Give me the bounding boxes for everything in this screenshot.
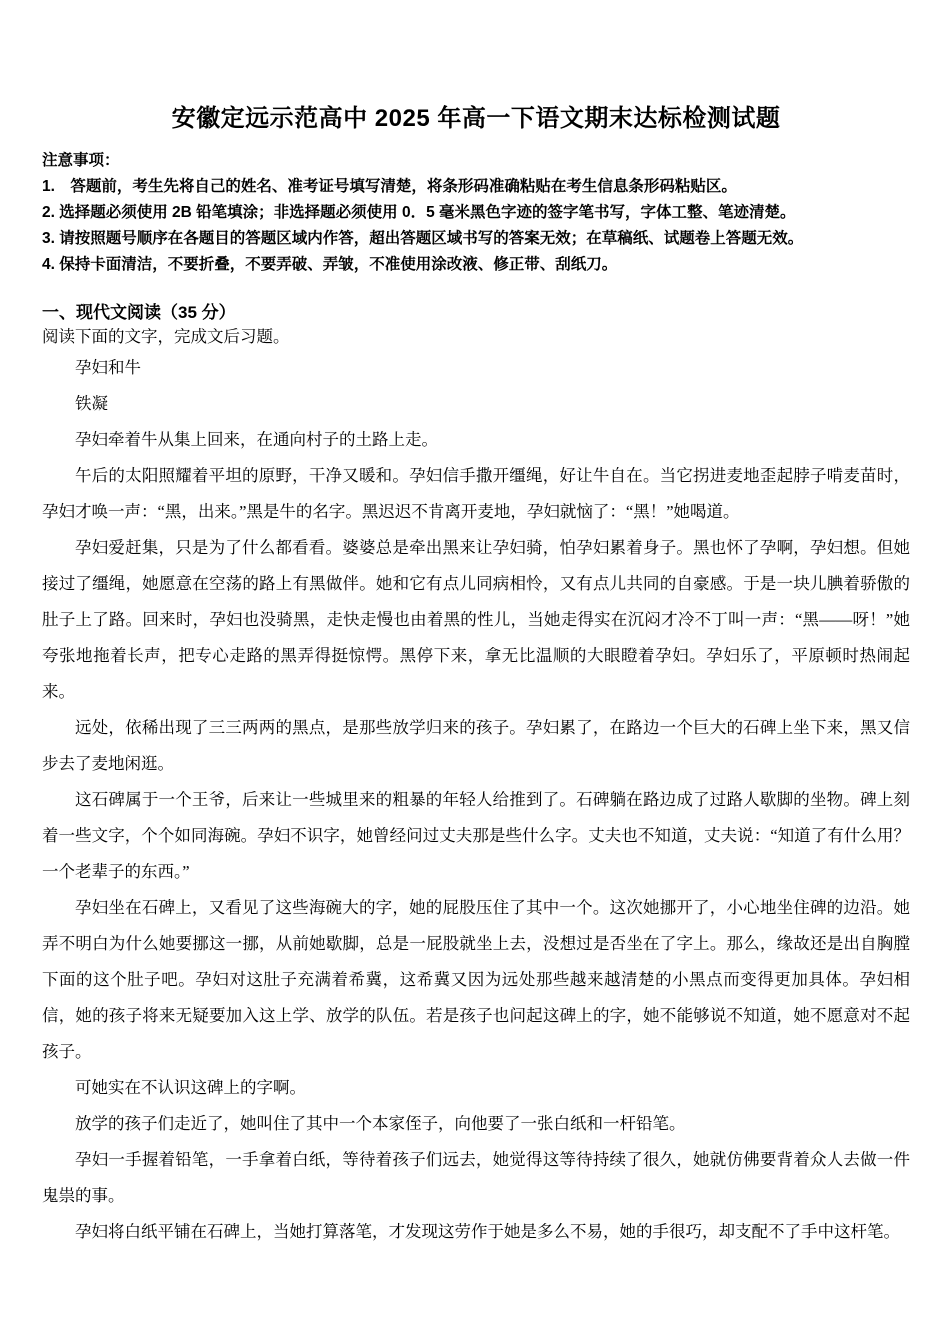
exam-paper-page: 安徽定远示范高中 2025 年高一下语文期末达标检测试题 注意事项： 1. 答题… — [0, 0, 950, 1344]
section-intro: 阅读下面的文字，完成文后习题。 — [42, 324, 910, 350]
notice-item-1: 1. 答题前，考生先将自己的姓名、准考证号填写清楚，将条形码准确粘贴在考生信息条… — [42, 174, 910, 200]
passage-paragraph: 孕妇将白纸平铺在石碑上，当她打算落笔，才发现这劳作于她是多么不易，她的手很巧，却… — [42, 1214, 910, 1250]
notices-heading: 注意事项： — [42, 148, 910, 174]
notice-item-2: 2. 选择题必须使用 2B 铅笔填涂；非选择题必须使用 0．5 毫米黑色字迹的签… — [42, 200, 910, 226]
reading-passage: 孕妇和牛 铁凝 孕妇牵着牛从集上回来，在通向村子的土路上走。 午后的太阳照耀着平… — [42, 350, 910, 1250]
passage-author: 铁凝 — [42, 386, 910, 422]
passage-title: 孕妇和牛 — [42, 350, 910, 386]
passage-paragraph: 午后的太阳照耀着平坦的原野，干净又暖和。孕妇信手撒开缰绳，好让牛自在。当它拐进麦… — [42, 458, 910, 530]
passage-paragraph: 放学的孩子们走近了，她叫住了其中一个本家侄子，向他要了一张白纸和一杆铅笔。 — [42, 1106, 910, 1142]
passage-paragraph: 孕妇牵着牛从集上回来，在通向村子的土路上走。 — [42, 422, 910, 458]
page-title: 安徽定远示范高中 2025 年高一下语文期末达标检测试题 — [42, 102, 910, 136]
notices-section: 注意事项： 1. 答题前，考生先将自己的姓名、准考证号填写清楚，将条形码准确粘贴… — [42, 148, 910, 278]
passage-paragraph: 孕妇坐在石碑上，又看见了这些海碗大的字，她的屁股压住了其中一个。这次她挪开了，小… — [42, 890, 910, 1070]
passage-paragraph: 可她实在不认识这碑上的字啊。 — [42, 1070, 910, 1106]
passage-paragraph: 这石碑属于一个王爷，后来让一些城里来的粗暴的年轻人给推到了。石碑躺在路边成了过路… — [42, 782, 910, 890]
passage-paragraph: 远处，依稀出现了三三两两的黑点，是那些放学归来的孩子。孕妇累了，在路边一个巨大的… — [42, 710, 910, 782]
notice-item-4: 4. 保持卡面清洁，不要折叠，不要弄破、弄皱，不准使用涂改液、修正带、刮纸刀。 — [42, 252, 910, 278]
notice-item-3: 3. 请按照题号顺序在各题目的答题区域内作答，超出答题区域书写的答案无效；在草稿… — [42, 226, 910, 252]
passage-paragraph: 孕妇爱赶集，只是为了什么都看看。婆婆总是牵出黑来让孕妇骑，怕孕妇累着身子。黑也怀… — [42, 530, 910, 710]
section-heading-modern-reading: 一、现代文阅读（35 分） — [42, 302, 910, 324]
passage-paragraph: 孕妇一手握着铅笔，一手拿着白纸，等待着孩子们远去，她觉得这等待持续了很久，她就仿… — [42, 1142, 910, 1214]
